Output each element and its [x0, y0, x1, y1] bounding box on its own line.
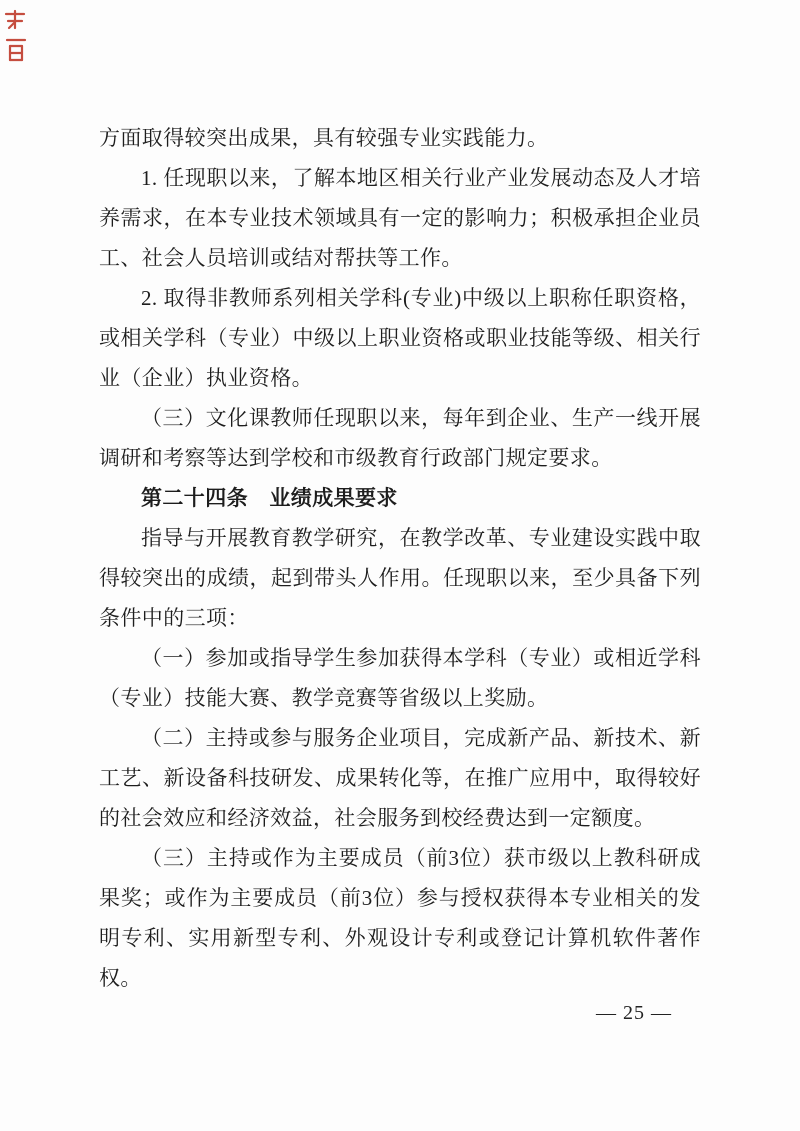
paragraph: 2. 取得非教师系列相关学科(专业)中级以上职称任职资格，或相关学科（专业）中级… — [99, 278, 701, 398]
red-corner-marks — [3, 8, 29, 64]
document-body: 方面取得较突出成果，具有较强专业实践能力。1. 任现职以来，了解本地区相关行业产… — [99, 0, 701, 998]
paragraph: （一）参加或指导学生参加获得本学科（专业）或相近学科（专业）技能大赛、教学竞赛等… — [99, 638, 701, 718]
article-heading: 第二十四条 业绩成果要求 — [99, 478, 701, 518]
red-corner-mark-icon — [3, 8, 29, 64]
paragraph: 方面取得较突出成果，具有较强专业实践能力。 — [99, 118, 701, 158]
paragraph: 1. 任现职以来，了解本地区相关行业产业发展动态及人才培养需求，在本专业技术领域… — [99, 158, 701, 278]
document-page: 方面取得较突出成果，具有较强专业实践能力。1. 任现职以来，了解本地区相关行业产… — [0, 0, 800, 1131]
paragraph: （三）文化课教师任现职以来，每年到企业、生产一线开展调研和考察等达到学校和市级教… — [99, 398, 701, 478]
page-number: — 25 — — [100, 1000, 672, 1026]
paragraph: （三）主持或作为主要成员（前3位）获市级以上教科研成果奖；或作为主要成员（前3位… — [99, 838, 701, 998]
paragraph: 指导与开展教育教学研究，在教学改革、专业建设实践中取得较突出的成绩，起到带头人作… — [99, 518, 701, 638]
paragraph: （二）主持或参与服务企业项目，完成新产品、新技术、新工艺、新设备科技研发、成果转… — [99, 718, 701, 838]
